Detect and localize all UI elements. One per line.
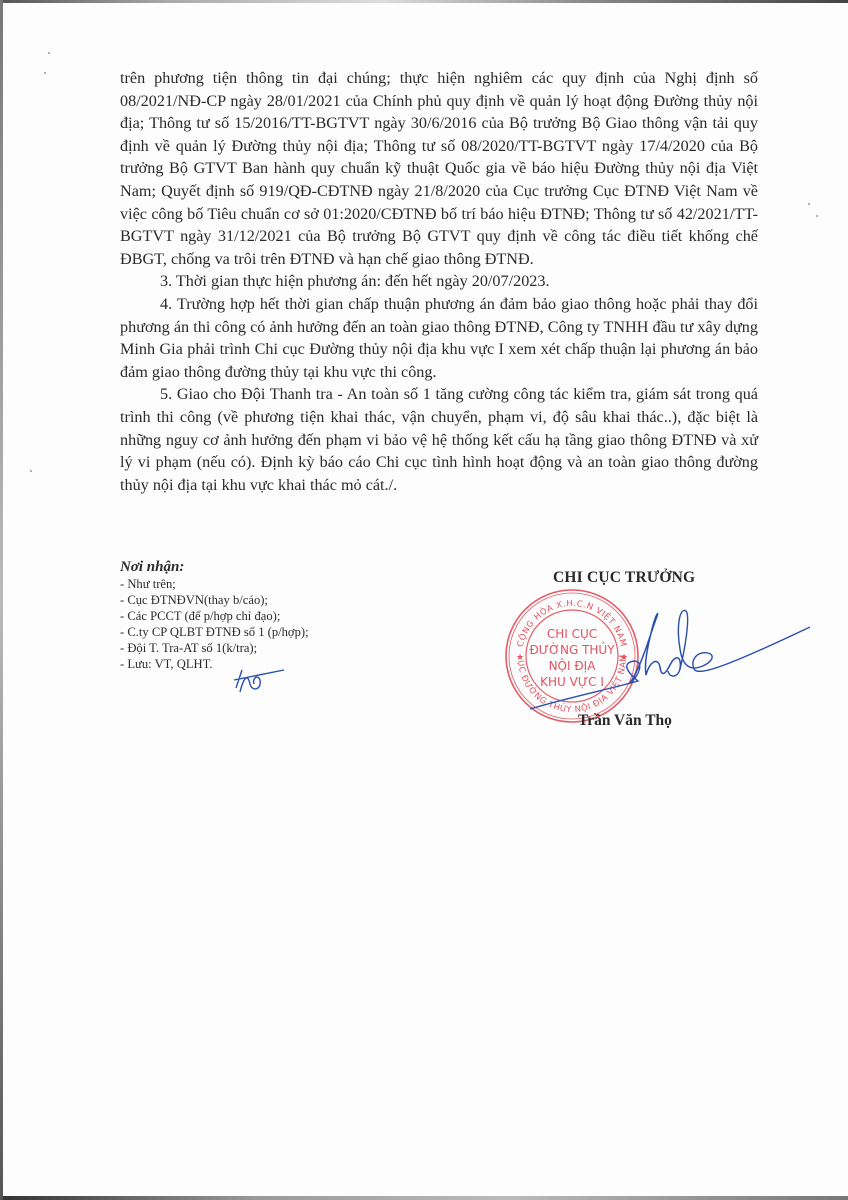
recipient-item: - Cục ĐTNĐVN(thay b/cáo); [120, 592, 309, 608]
paragraph-item-4: 4. Trường hợp hết thời gian chấp thuận p… [120, 293, 758, 383]
recipient-item: - Các PCCT (để p/hợp chỉ đạo); [120, 608, 309, 624]
scan-speck [816, 215, 818, 217]
recipients-title: Nơi nhận: [120, 559, 309, 576]
signer-name: Trần Văn Thọ [578, 712, 672, 730]
recipient-item: - Như trên; [120, 576, 309, 592]
paragraph-item-3: 3. Thời gian thực hiện phương án: đến hế… [120, 270, 758, 293]
scan-edge-bottom [0, 1196, 848, 1200]
scan-edge-left [0, 0, 3, 1200]
svg-text:★: ★ [516, 653, 524, 663]
paragraph-legal-references: trên phương tiện thông tin đại chúng; th… [120, 67, 758, 270]
scan-speck [30, 470, 32, 472]
signer-title: CHI CỤC TRƯỞNG [553, 569, 695, 587]
document-body: trên phương tiện thông tin đại chúng; th… [120, 67, 758, 496]
scan-speck [48, 52, 50, 54]
scan-speck [44, 72, 46, 74]
handwritten-signature [530, 605, 810, 715]
recipient-item: - C.ty CP QLBT ĐTNĐ số 1 (p/hợp); [120, 624, 309, 640]
recipients-block: Nơi nhận: - Như trên; - Cục ĐTNĐVN(thay … [120, 559, 309, 672]
initials-mark [226, 666, 286, 696]
recipient-item: - Đội T. Tra-AT số 1(k/tra); [120, 640, 309, 656]
scan-speck [808, 203, 810, 205]
paragraph-item-5: 5. Giao cho Đội Thanh tra - An toàn số 1… [120, 383, 758, 496]
scan-edge-top [0, 0, 848, 3]
